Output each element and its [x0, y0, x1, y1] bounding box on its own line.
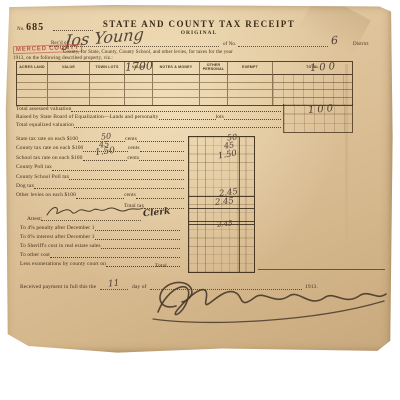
table-cell: [228, 75, 273, 83]
grid-total-handwriting: 2.45: [217, 219, 233, 228]
table-cell: [17, 75, 48, 83]
day-handwriting: 11: [108, 279, 120, 290]
row-total-handwriting: 100: [310, 61, 339, 74]
charge-line-other-cost: To other cost: [20, 252, 180, 258]
col-header-acres-land: ACRES LAND: [17, 62, 48, 75]
table-cell: [17, 98, 48, 106]
table-cell-total: [273, 83, 352, 91]
ledger-rule: [189, 208, 254, 209]
total-equalized-line: Total equalized valuation: [16, 122, 281, 128]
district-label: District: [353, 42, 369, 48]
rate-line-other: Other levies on each $100cents: [16, 192, 184, 198]
dotted-leader: [224, 115, 281, 120]
table-cell-total: [273, 75, 352, 83]
district-number-handwriting: 6: [331, 34, 339, 47]
dotted-leader: [71, 107, 281, 112]
charge-label: To Sheriff's cost in real estate sales: [20, 243, 101, 249]
rate-line-county-poll: County Poll tax: [16, 164, 184, 170]
rate-label: School tax rate on each $100: [16, 155, 83, 161]
charge-label: To other cost: [20, 252, 50, 258]
charge-line-interest: To 6% interest after December 1: [20, 234, 180, 240]
table-cell: [200, 75, 228, 83]
total-equalized-label: Total equalized valuation: [16, 122, 74, 128]
rate-label: County School Poll tax: [16, 174, 69, 180]
table-cell: [153, 83, 200, 91]
rate-school-handwriting: 1.50: [95, 146, 116, 158]
table-cell: [200, 83, 228, 91]
table-cell: [90, 90, 125, 98]
assessed-value-handwriting: 1700: [125, 59, 154, 73]
dotted-leader: [139, 156, 184, 161]
table-cell: [48, 90, 90, 98]
assessment-table: ACRES LAND VALUE TOWN LOTS VALUE NOTES &…: [16, 61, 353, 106]
rate-label: County tax rate on each $100: [16, 145, 83, 151]
rate-suffix: cents: [128, 145, 140, 151]
col-header-exempt: EXEMPT: [228, 62, 273, 75]
table-cell-total: [273, 90, 352, 98]
rate-line-dog: Dog tax: [16, 183, 184, 189]
dotted-leader: [52, 166, 184, 171]
table-cell: [90, 83, 125, 91]
dotted-leader: [95, 226, 180, 231]
table-cell: [17, 90, 48, 98]
table-cell: [90, 75, 125, 83]
table-cell: [48, 75, 90, 83]
table-cell: [228, 90, 273, 98]
county-line: County, for State, County, County School…: [63, 50, 383, 56]
total-assessed-label: Total assessed valuation: [16, 106, 71, 112]
equalization-label: Raised by State Board of Equalization—La…: [16, 114, 159, 120]
rate-blank: [76, 194, 124, 199]
table-cell: [125, 90, 153, 98]
total-assessed-line: Total assessed valuation: [16, 106, 281, 112]
table-cell: [153, 75, 200, 83]
charges-block: To 4% penalty after December 1 To 6% int…: [20, 225, 180, 267]
charge-line-penalty: To 4% penalty after December 1: [20, 225, 180, 231]
table-cell: [125, 98, 153, 106]
of-no-label: of No.: [223, 42, 236, 48]
table-cell: [228, 83, 273, 91]
dotted-leader: [34, 184, 184, 189]
rate-label: Dog tax: [16, 183, 34, 189]
table-cell: [125, 83, 153, 91]
receipt-paper: No. 685 STATE AND COUNTY TAX RECEIPT ORI…: [5, 4, 393, 353]
rate-label: County Poll tax: [16, 164, 52, 170]
col-header-other-personal: OTHER PERSONAL: [200, 62, 228, 75]
scanned-tax-receipt-page: { "header": { "no_label": "No.", "receip…: [0, 0, 400, 400]
receipt-title: STATE AND COUNTY TAX RECEIPT: [5, 19, 393, 29]
charge-label: To 4% penalty after December 1: [20, 225, 95, 231]
dotted-leader: [140, 147, 184, 152]
charge-label: Less exonerations by county court on: [20, 261, 106, 267]
charges-total-label: Total: [155, 263, 167, 269]
rate-suffix: cents: [124, 192, 136, 198]
dotted-leader: [136, 194, 184, 199]
table-cell: [153, 98, 200, 106]
dotted-leader: [101, 244, 180, 249]
col-header-notes-money: NOTES & MONEY: [153, 62, 200, 75]
total-assessed-handwriting: 100: [308, 103, 337, 116]
day-blank: [100, 289, 128, 290]
rate-suffix: cents: [127, 155, 139, 161]
table-cell: [48, 98, 90, 106]
charge-label: To 6% interest after December 1: [20, 234, 95, 240]
clerk-handwriting: Clerk: [143, 207, 171, 220]
dotted-leader: [106, 262, 180, 267]
rate-line-school-poll: County School Poll tax: [16, 174, 184, 180]
received-signature: [148, 270, 390, 328]
table-cell: [90, 98, 125, 106]
day-of-label: day of: [132, 284, 147, 290]
col-header-value1: VALUE: [48, 62, 90, 75]
table-cell: [48, 83, 90, 91]
grid-total-tax-handwriting: 2.45: [215, 196, 235, 208]
dotted-leader: [95, 235, 180, 240]
ledger-cents-rule: [239, 137, 240, 272]
table-cell: [153, 90, 200, 98]
table-cell: [125, 75, 153, 83]
received-text: Received payment in full this the: [20, 284, 96, 290]
dotted-leader: [50, 253, 180, 258]
table-cell: [200, 98, 228, 106]
table-cell: [200, 90, 228, 98]
attest-signature: [45, 202, 145, 220]
equalization-line: Raised by State Board of Equalization—La…: [16, 114, 281, 120]
table-cell: [228, 98, 273, 106]
dotted-leader: [74, 123, 281, 128]
dotted-leader: [159, 115, 216, 120]
rate-label: State tax rate on each $100: [16, 136, 78, 142]
rate-label: Other levies on each $100: [16, 192, 76, 198]
charge-line-sheriff: To Sheriff's cost in real estate sales: [20, 243, 180, 249]
dotted-leader: [69, 175, 184, 180]
attest-leader: [41, 220, 141, 221]
rate-suffix: cents: [125, 136, 137, 142]
col-header-town-lots: TOWN LOTS: [90, 62, 125, 75]
table-cell: [17, 83, 48, 91]
dotted-leader: [137, 137, 184, 142]
lots-label: lots: [216, 114, 224, 120]
district-leader: [238, 46, 328, 47]
